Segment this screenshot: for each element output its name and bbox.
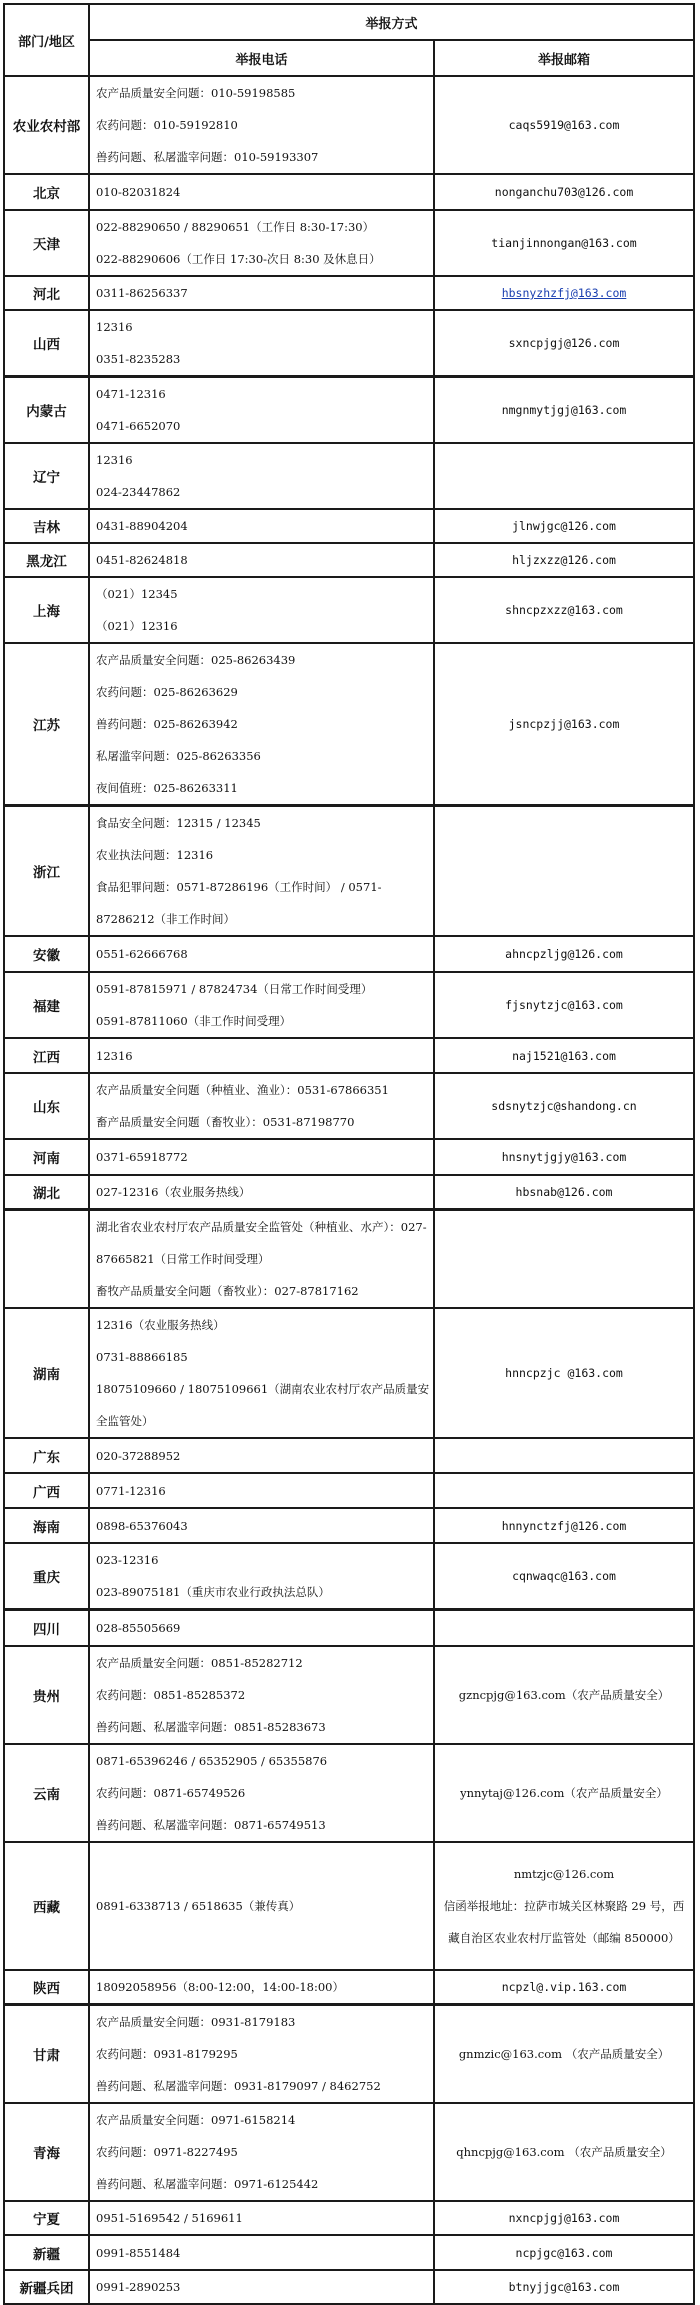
phone-line: 农药问题：0871-65749526: [96, 1777, 433, 1809]
phone-cell: 农产品质量安全问题：0851-85282712农药问题：0851-8528537…: [89, 1646, 434, 1744]
phone-line: 0551-62666768: [96, 938, 433, 970]
email-cell: gnmzic@163.com （农产品质量安全）: [434, 2005, 694, 2104]
region-cell: 广东: [4, 1438, 89, 1473]
email-line: btnyjjgc@163.com: [435, 2271, 693, 2277]
table-row: 内蒙古0471-123160471-6652070nmgnmytjgj@163.…: [4, 377, 694, 444]
email-cell: caqs5919@163.com: [434, 76, 694, 174]
email-line: ncpzl@.vip.163.com: [435, 1971, 693, 2003]
email-cell: btnyjjgc@163.com: [434, 2270, 694, 2277]
phone-cell: 0371-65918772: [89, 1139, 434, 1175]
phone-cell: 0591-87815971 / 87824734（日常工作时间受理）0591-8…: [89, 972, 434, 1038]
table-row: 福建0591-87815971 / 87824734（日常工作时间受理）0591…: [4, 972, 694, 1038]
phone-line: 023-12316: [96, 1544, 433, 1576]
phone-cell: 农产品质量安全问题：010-59198585农药问题：010-59192810兽…: [89, 76, 434, 174]
table-row: 天津022-88290650 / 88290651（工作日 8:30-17:30…: [4, 210, 694, 276]
email-cell: ynnytaj@126.com（农产品质量安全）: [434, 1744, 694, 1842]
email-line: tianjinnongan@163.com: [435, 227, 693, 259]
email-cell: [434, 1438, 694, 1473]
region-cell: 甘肃: [4, 2005, 89, 2104]
email-cell: hljzxzz@126.com: [434, 543, 694, 577]
email-cell: nonganchu703@126.com: [434, 174, 694, 210]
region-cell: 安徽: [4, 936, 89, 972]
phone-line: 农产品质量安全问题：0931-8179183: [96, 2006, 433, 2038]
phone-line: 兽药问题、私屠滥宰问题：0971-6125442: [96, 2168, 433, 2200]
email-line: nonganchu703@126.com: [435, 176, 693, 208]
email-cell: naj1521@163.com: [434, 1038, 694, 1073]
table-row: 辽宁12316024-23447862: [4, 443, 694, 509]
table-row: 云南0871-65396246 / 65352905 / 65355876农药问…: [4, 1744, 694, 1842]
phone-line: 0591-87811060（非工作时间受理）: [96, 1005, 433, 1037]
phone-line: 0471-6652070: [96, 410, 433, 442]
table-row: 江苏农产品质量安全问题：025-86263439农药问题：025-8626362…: [4, 643, 694, 806]
email-line: hnncpzjc @163.com: [435, 1357, 693, 1389]
table-row: 四川028-85505669: [4, 1610, 694, 1646]
email-line: naj1521@163.com: [435, 1040, 693, 1072]
table-row: 广东020-37288952: [4, 1438, 694, 1473]
phone-line: 12316: [96, 444, 433, 476]
phone-line: 020-37288952: [96, 1440, 433, 1472]
phone-cell: 12316（农业服务热线）0731-8886618518075109660 / …: [89, 1308, 434, 1438]
email-line: nxncpjgj@163.com: [435, 2202, 693, 2234]
phone-line: 0871-65396246 / 65352905 / 65355876: [96, 1745, 433, 1777]
table-row: 甘肃农产品质量安全问题：0931-8179183农药问题：0931-817929…: [4, 2005, 694, 2104]
phone-cell: 0951-5169542 / 5169611: [89, 2201, 434, 2235]
phone-line: 0891-6338713 / 6518635（兼传真）: [96, 1890, 433, 1922]
table-row: 贵州农产品质量安全问题：0851-85282712农药问题：0851-85285…: [4, 1646, 694, 1744]
table-row: 广西0771-12316: [4, 1473, 694, 1508]
region-cell: 江西: [4, 1038, 89, 1073]
email-cell: [434, 806, 694, 937]
phone-line: 兽药问题、私屠滥宰问题：0931-8179097 / 8462752: [96, 2070, 433, 2102]
phone-line: 食品安全问题：12315 / 12345: [96, 807, 433, 839]
phone-line: 食品犯罪问题：0571-87286196（工作时间） / 0571-872862…: [96, 871, 433, 935]
header-methods: 举报方式: [89, 4, 694, 40]
phone-line: 兽药问题：025-86263942: [96, 708, 433, 740]
phone-cell: 010-82031824: [89, 174, 434, 210]
table-row: 海南0898-65376043hnnynctzfj@126.com: [4, 1508, 694, 1543]
table-row: 农业农村部农产品质量安全问题：010-59198585农药问题：010-5919…: [4, 76, 694, 174]
email-line: nmgnmytjgj@163.com: [435, 394, 693, 426]
email-cell: [434, 1610, 694, 1646]
region-cell: 河南: [4, 1139, 89, 1175]
phone-line: 022-88290650 / 88290651（工作日 8:30-17:30）: [96, 211, 433, 243]
region-cell: 山东: [4, 1073, 89, 1139]
phone-line: 0991-2890253: [96, 2271, 433, 2277]
region-cell: 重庆: [4, 1543, 89, 1610]
region-cell: 宁夏: [4, 2201, 89, 2235]
email-line: fjsnytzjc@163.com: [435, 989, 693, 1021]
table-row: 湖北省农业农村厅农产品质量安全监管处（种植业、水产）：027-87665821（…: [4, 1210, 694, 1309]
phone-cell: 农产品质量安全问题：025-86263439农药问题：025-86263629兽…: [89, 643, 434, 806]
phone-cell: 027-12316（农业服务热线）: [89, 1175, 434, 1210]
header-email: 举报邮箱: [434, 40, 694, 76]
email-cell: shncpzxzz@163.com: [434, 577, 694, 643]
table-row: 北京010-82031824nonganchu703@126.com: [4, 174, 694, 210]
phone-line: （021）12316: [96, 610, 433, 642]
phone-line: 0471-12316: [96, 378, 433, 410]
phone-cell: 020-37288952: [89, 1438, 434, 1473]
phone-line: 027-12316（农业服务热线）: [96, 1176, 433, 1208]
email-cell: qhncpjg@163.com （农产品质量安全）: [434, 2103, 694, 2201]
phone-line: 兽药问题、私屠滥宰问题：0871-65749513: [96, 1809, 433, 1841]
table-row: 西藏0891-6338713 / 6518635（兼传真）nmtzjc@126.…: [4, 1842, 694, 1970]
phone-cell: 农产品质量安全问题：0971-6158214农药问题：0971-8227495兽…: [89, 2103, 434, 2201]
phone-line: 农产品质量安全问题：025-86263439: [96, 644, 433, 676]
email-cell: sdsnytzjc@shandong.cn: [434, 1073, 694, 1139]
email-line: jsncpzjj@163.com: [435, 708, 693, 740]
phone-cell: 028-85505669: [89, 1610, 434, 1646]
phone-cell: 12316024-23447862: [89, 443, 434, 509]
phone-cell: 022-88290650 / 88290651（工作日 8:30-17:30）0…: [89, 210, 434, 276]
email-line: ahncpzljg@126.com: [435, 938, 693, 970]
table-row: 吉林0431-88904204jlnwjgc@126.com: [4, 509, 694, 543]
phone-line: 0898-65376043: [96, 1510, 433, 1542]
phone-line: 夜间值班：025-86263311: [96, 772, 433, 804]
table-row: 宁夏0951-5169542 / 5169611nxncpjgj@163.com: [4, 2201, 694, 2235]
region-cell: [4, 1210, 89, 1309]
phone-line: 0311-86256337: [96, 277, 433, 309]
email-cell: hnsnytjgjy@163.com: [434, 1139, 694, 1175]
region-cell: 海南: [4, 1508, 89, 1543]
email-line: caqs5919@163.com: [435, 109, 693, 141]
phone-line: 农产品质量安全问题：0851-85282712: [96, 1647, 433, 1679]
email-link[interactable]: hbsnyzhzfj@163.com: [435, 277, 693, 309]
phone-cell: 食品安全问题：12315 / 12345农业执法问题：12316食品犯罪问题：0…: [89, 806, 434, 937]
phone-line: 私屠滥宰问题：025-86263356: [96, 740, 433, 772]
phone-line: 028-85505669: [96, 1612, 433, 1644]
region-cell: 内蒙古: [4, 377, 89, 444]
email-line: gzncpjg@163.com（农产品质量安全）: [435, 1679, 693, 1711]
region-cell: 西藏: [4, 1842, 89, 1970]
phone-cell: 18092058956（8:00-12:00，14:00-18:00）: [89, 1970, 434, 2005]
email-line: 信函举报地址：拉萨市城关区林聚路 29 号，西藏自治区农业农村厅监管处（邮编 8…: [435, 1890, 693, 1954]
region-cell: 黑龙江: [4, 543, 89, 577]
phone-line: 18075109660 / 18075109661（湖南农业农村厅农产品质量安全…: [96, 1373, 433, 1437]
email-cell: [434, 443, 694, 509]
email-line: ncpjgc@163.com: [435, 2237, 693, 2269]
email-line: jlnwjgc@126.com: [435, 510, 693, 542]
email-line: sxncpjgj@126.com: [435, 327, 693, 359]
email-cell: sxncpjgj@126.com: [434, 310, 694, 377]
phone-cell: 0311-86256337: [89, 276, 434, 310]
table-row: 新疆兵团0991-2890253btnyjjgc@163.com: [4, 2270, 694, 2277]
region-cell: 湖北: [4, 1175, 89, 1210]
phone-line: 024-23447862: [96, 476, 433, 508]
email-cell: nxncpjgj@163.com: [434, 2201, 694, 2235]
phone-line: 湖北省农业农村厅农产品质量安全监管处（种植业、水产）：027-87665821（…: [96, 1211, 433, 1275]
region-cell: 浙江: [4, 806, 89, 937]
region-cell: 贵州: [4, 1646, 89, 1744]
region-cell: 青海: [4, 2103, 89, 2201]
header-phone: 举报电话: [89, 40, 434, 76]
phone-cell: 12316: [89, 1038, 434, 1073]
table-row: 江西12316naj1521@163.com: [4, 1038, 694, 1073]
phone-line: 0451-82624818: [96, 544, 433, 576]
email-cell: cqnwaqc@163.com: [434, 1543, 694, 1610]
email-cell: gzncpjg@163.com（农产品质量安全）: [434, 1646, 694, 1744]
email-cell: hnncpzjc @163.com: [434, 1308, 694, 1438]
table-row: 湖南12316（农业服务热线）0731-8886618518075109660 …: [4, 1308, 694, 1438]
report-contacts-table: 部门/地区 举报方式 举报电话 举报邮箱 农业农村部农产品质量安全问题：010-…: [3, 3, 695, 2277]
phone-line: 兽药问题、私屠滥宰问题：010-59193307: [96, 141, 433, 173]
phone-line: 0591-87815971 / 87824734（日常工作时间受理）: [96, 973, 433, 1005]
region-cell: 上海: [4, 577, 89, 643]
phone-line: 兽药问题、私屠滥宰问题：0851-85283673: [96, 1711, 433, 1743]
region-cell: 湖南: [4, 1308, 89, 1438]
phone-cell: 023-12316023-89075181（重庆市农业行政执法总队）: [89, 1543, 434, 1610]
header-region: 部门/地区: [4, 4, 89, 76]
phone-line: 12316: [96, 311, 433, 343]
region-cell: 天津: [4, 210, 89, 276]
phone-line: 023-89075181（重庆市农业行政执法总队）: [96, 1576, 433, 1608]
phone-line: 畜产品质量安全问题（畜牧业）：0531-87198770: [96, 1106, 433, 1138]
phone-line: 农药问题：010-59192810: [96, 109, 433, 141]
region-cell: 福建: [4, 972, 89, 1038]
phone-line: 农产品质量安全问题：010-59198585: [96, 77, 433, 109]
email-line: cqnwaqc@163.com: [435, 1560, 693, 1592]
region-cell: 辽宁: [4, 443, 89, 509]
table-body: 农业农村部农产品质量安全问题：010-59198585农药问题：010-5919…: [4, 76, 694, 2277]
email-line: hljzxzz@126.com: [435, 544, 693, 576]
email-cell: ahncpzljg@126.com: [434, 936, 694, 972]
report-contacts-sheet: 部门/地区 举报方式 举报电话 举报邮箱 农业农村部农产品质量安全问题：010-…: [3, 3, 693, 2277]
region-cell: 陕西: [4, 1970, 89, 2005]
phone-cell: 0451-82624818: [89, 543, 434, 577]
table-row: 河南0371-65918772hnsnytjgjy@163.com: [4, 1139, 694, 1175]
email-cell: nmtzjc@126.com信函举报地址：拉萨市城关区林聚路 29 号，西藏自治…: [434, 1842, 694, 1970]
email-line: hbsnab@126.com: [435, 1176, 693, 1208]
phone-line: 0431-88904204: [96, 510, 433, 542]
phone-line: 0371-65918772: [96, 1141, 433, 1173]
phone-line: 0771-12316: [96, 1475, 433, 1507]
region-cell: 云南: [4, 1744, 89, 1842]
phone-line: 0351-8235283: [96, 343, 433, 375]
email-line: gnmzic@163.com （农产品质量安全）: [435, 2038, 693, 2070]
phone-cell: 123160351-8235283: [89, 310, 434, 377]
table-row: 河北0311-86256337hbsnyzhzfj@163.com: [4, 276, 694, 310]
region-cell: 河北: [4, 276, 89, 310]
email-cell: ncpzl@.vip.163.com: [434, 1970, 694, 2005]
email-cell: nmgnmytjgj@163.com: [434, 377, 694, 444]
email-line: hnsnytjgjy@163.com: [435, 1141, 693, 1173]
table-row: 山东农产品质量安全问题（种植业、渔业）：0531-67866351畜产品质量安全…: [4, 1073, 694, 1139]
phone-line: 022-88290606（工作日 17:30-次日 8:30 及休息日）: [96, 243, 433, 275]
region-cell: 吉林: [4, 509, 89, 543]
phone-cell: 湖北省农业农村厅农产品质量安全监管处（种植业、水产）：027-87665821（…: [89, 1210, 434, 1309]
phone-line: 12316: [96, 1040, 433, 1072]
region-cell: 江苏: [4, 643, 89, 806]
table-row: 山西123160351-8235283sxncpjgj@126.com: [4, 310, 694, 377]
email-cell: tianjinnongan@163.com: [434, 210, 694, 276]
table-row: 黑龙江0451-82624818hljzxzz@126.com: [4, 543, 694, 577]
email-line: sdsnytzjc@shandong.cn: [435, 1090, 693, 1122]
table-row: 新疆0991-8551484ncpjgc@163.com: [4, 2235, 694, 2270]
email-cell: hbsnab@126.com: [434, 1175, 694, 1210]
phone-cell: 0991-8551484: [89, 2235, 434, 2270]
phone-cell: 0771-12316: [89, 1473, 434, 1508]
email-line: nmtzjc@126.com: [435, 1858, 693, 1890]
table-row: 青海农产品质量安全问题：0971-6158214农药问题：0971-822749…: [4, 2103, 694, 2201]
email-cell: [434, 1210, 694, 1309]
email-cell: hbsnyzhzfj@163.com: [434, 276, 694, 310]
email-cell: hnnynctzfj@126.com: [434, 1508, 694, 1543]
phone-line: 农药问题：0971-8227495: [96, 2136, 433, 2168]
region-cell: 四川: [4, 1610, 89, 1646]
region-cell: 广西: [4, 1473, 89, 1508]
phone-line: 12316（农业服务热线）: [96, 1309, 433, 1341]
phone-cell: （021）12345（021）12316: [89, 577, 434, 643]
phone-line: 农产品质量安全问题：0971-6158214: [96, 2104, 433, 2136]
phone-line: （021）12345: [96, 578, 433, 610]
phone-line: 农产品质量安全问题（种植业、渔业）：0531-67866351: [96, 1074, 433, 1106]
phone-line: 农药问题：0851-85285372: [96, 1679, 433, 1711]
phone-cell: 0471-123160471-6652070: [89, 377, 434, 444]
phone-line: 畜牧产品质量安全问题（畜牧业）：027-87817162: [96, 1275, 433, 1307]
phone-cell: 农产品质量安全问题（种植业、渔业）：0531-67866351畜产品质量安全问题…: [89, 1073, 434, 1139]
email-line: qhncpjg@163.com （农产品质量安全）: [435, 2136, 693, 2168]
phone-line: 农药问题：025-86263629: [96, 676, 433, 708]
phone-line: 0991-8551484: [96, 2237, 433, 2269]
region-cell: 新疆: [4, 2235, 89, 2270]
email-cell: fjsnytzjc@163.com: [434, 972, 694, 1038]
phone-line: 农业执法问题：12316: [96, 839, 433, 871]
table-row: 湖北027-12316（农业服务热线）hbsnab@126.com: [4, 1175, 694, 1210]
phone-cell: 0898-65376043: [89, 1508, 434, 1543]
email-cell: jsncpzjj@163.com: [434, 643, 694, 806]
table-row: 陕西18092058956（8:00-12:00，14:00-18:00）ncp…: [4, 1970, 694, 2005]
table-row: 重庆023-12316023-89075181（重庆市农业行政执法总队）cqnw…: [4, 1543, 694, 1610]
phone-line: 农药问题：0931-8179295: [96, 2038, 433, 2070]
phone-cell: 0871-65396246 / 65352905 / 65355876农药问题：…: [89, 1744, 434, 1842]
phone-cell: 0991-2890253: [89, 2270, 434, 2277]
email-line: shncpzxzz@163.com: [435, 594, 693, 626]
email-cell: [434, 1473, 694, 1508]
table-row: 安徽0551-62666768ahncpzljg@126.com: [4, 936, 694, 972]
region-cell: 新疆兵团: [4, 2270, 89, 2277]
email-cell: jlnwjgc@126.com: [434, 509, 694, 543]
phone-cell: 农产品质量安全问题：0931-8179183农药问题：0931-8179295兽…: [89, 2005, 434, 2104]
phone-cell: 0431-88904204: [89, 509, 434, 543]
phone-cell: 0891-6338713 / 6518635（兼传真）: [89, 1842, 434, 1970]
phone-line: 0731-88866185: [96, 1341, 433, 1373]
email-cell: ncpjgc@163.com: [434, 2235, 694, 2270]
region-cell: 山西: [4, 310, 89, 377]
email-line: hnnynctzfj@126.com: [435, 1510, 693, 1542]
table-row: 浙江食品安全问题：12315 / 12345农业执法问题：12316食品犯罪问题…: [4, 806, 694, 937]
phone-line: 010-82031824: [96, 176, 433, 208]
region-cell: 北京: [4, 174, 89, 210]
phone-line: 18092058956（8:00-12:00，14:00-18:00）: [96, 1971, 433, 2003]
region-cell: 农业农村部: [4, 76, 89, 174]
phone-line: 0951-5169542 / 5169611: [96, 2202, 433, 2234]
email-line: ynnytaj@126.com（农产品质量安全）: [435, 1777, 693, 1809]
table-row: 上海（021）12345（021）12316shncpzxzz@163.com: [4, 577, 694, 643]
phone-cell: 0551-62666768: [89, 936, 434, 972]
